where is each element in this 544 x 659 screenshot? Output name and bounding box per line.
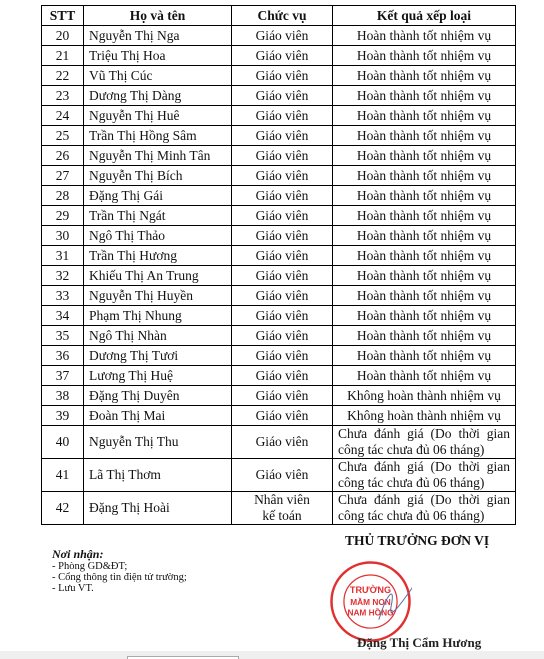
- cell-stt: 21: [42, 46, 84, 66]
- cell-stt: 22: [42, 66, 84, 86]
- cell-stt: 32: [42, 266, 84, 286]
- recipient-item: - Phòng GD&ĐT;: [52, 561, 187, 572]
- cell-result: Hoàn thành tốt nhiệm vụ: [333, 186, 516, 206]
- table-row: 27Nguyễn Thị BíchGiáo viênHoàn thành tốt…: [42, 166, 516, 186]
- cell-result: Hoàn thành tốt nhiệm vụ: [333, 46, 516, 66]
- cell-name: Trần Thị Ngát: [84, 206, 232, 226]
- cell-result: Hoàn thành tốt nhiệm vụ: [333, 26, 516, 46]
- cell-result: Hoàn thành tốt nhiệm vụ: [333, 326, 516, 346]
- cell-role: Giáo viên: [232, 86, 333, 106]
- cell-stt: 37: [42, 366, 84, 386]
- signer-name: Đặng Thị Cẩm Hương: [357, 635, 481, 651]
- table-row: 26Nguyễn Thị Minh TânGiáo viênHoàn thành…: [42, 146, 516, 166]
- svg-text:MẦM NON: MẦM NON: [350, 597, 391, 607]
- table-row: 28Đặng Thị GáiGiáo viênHoàn thành tốt nh…: [42, 186, 516, 206]
- cell-role: Giáo viên: [232, 26, 333, 46]
- cell-role: Giáo viên: [232, 126, 333, 146]
- cell-result: Hoàn thành tốt nhiệm vụ: [333, 86, 516, 106]
- cell-stt: 30: [42, 226, 84, 246]
- cell-result: Hoàn thành tốt nhiệm vụ: [333, 106, 516, 126]
- table-row: 25Trần Thị Hồng SâmGiáo viênHoàn thành t…: [42, 126, 516, 146]
- bottom-toolbar: [0, 651, 544, 659]
- table-row: 33Nguyễn Thị HuyềnGiáo viênHoàn thành tố…: [42, 286, 516, 306]
- cell-stt: 38: [42, 386, 84, 406]
- cell-name: Nguyễn Thị Nga: [84, 26, 232, 46]
- table-row: 37Lương Thị HuệGiáo viênHoàn thành tốt n…: [42, 366, 516, 386]
- cell-name: Đặng Thị Hoài: [84, 492, 232, 525]
- cell-role: Giáo viên: [232, 426, 333, 459]
- cell-stt: 35: [42, 326, 84, 346]
- cell-name: Lương Thị Huệ: [84, 366, 232, 386]
- cell-role: Giáo viên: [232, 46, 333, 66]
- cell-name: Trần Thị Hồng Sâm: [84, 126, 232, 146]
- recipients-block: Nơi nhận: - Phòng GD&ĐT; - Cổng thông ti…: [52, 548, 187, 594]
- staff-rating-table: STT Họ và tên Chức vụ Kết quả xếp loại 2…: [41, 5, 516, 525]
- cell-role: Giáo viên: [232, 286, 333, 306]
- cell-role: Giáo viên: [232, 346, 333, 366]
- cell-role: Giáo viên: [232, 366, 333, 386]
- cell-role: Giáo viên: [232, 106, 333, 126]
- cell-result: Chưa đánh giá (Do thời giancông tác chưa…: [333, 426, 516, 459]
- cell-result: Hoàn thành tốt nhiệm vụ: [333, 266, 516, 286]
- header-result: Kết quả xếp loại: [333, 6, 516, 26]
- header-stt: STT: [42, 6, 84, 26]
- cell-role: Giáo viên: [232, 166, 333, 186]
- cell-name: Phạm Thị Nhung: [84, 306, 232, 326]
- cell-stt: 25: [42, 126, 84, 146]
- table-row: 35Ngô Thị NhànGiáo viênHoàn thành tốt nh…: [42, 326, 516, 346]
- cell-name: Vũ Thị Cúc: [84, 66, 232, 86]
- cell-role: Giáo viên: [232, 386, 333, 406]
- cell-result: Hoàn thành tốt nhiệm vụ: [333, 306, 516, 326]
- table-row: 22Vũ Thị CúcGiáo viênHoàn thành tốt nhiệ…: [42, 66, 516, 86]
- cell-stt: 40: [42, 426, 84, 459]
- cell-result: Hoàn thành tốt nhiệm vụ: [333, 126, 516, 146]
- cell-role: Giáo viên: [232, 226, 333, 246]
- header-role: Chức vụ: [232, 6, 333, 26]
- cell-result: Hoàn thành tốt nhiệm vụ: [333, 66, 516, 86]
- signer-title: THỦ TRƯỞNG ĐƠN VỊ: [345, 533, 489, 549]
- cell-stt: 31: [42, 246, 84, 266]
- table-row: 40Nguyễn Thị ThuGiáo viênChưa đánh giá (…: [42, 426, 516, 459]
- cell-role: Giáo viên: [232, 186, 333, 206]
- table-row: 41Lã Thị ThơmGiáo viênChưa đánh giá (Do …: [42, 459, 516, 492]
- table-row: 29Trần Thị NgátGiáo viênHoàn thành tốt n…: [42, 206, 516, 226]
- cell-role: Nhân viênkế toán: [232, 492, 333, 525]
- cell-result: Hoàn thành tốt nhiệm vụ: [333, 366, 516, 386]
- table-row: 23Dương Thị DàngGiáo viênHoàn thành tốt …: [42, 86, 516, 106]
- cell-name: Nguyễn Thị Bích: [84, 166, 232, 186]
- recipients-heading: Nơi nhận:: [52, 548, 187, 561]
- table-row: 36Dương Thị TươiGiáo viênHoàn thành tốt …: [42, 346, 516, 366]
- cell-name: Nguyễn Thị Huyền: [84, 286, 232, 306]
- cell-stt: 29: [42, 206, 84, 226]
- cell-stt: 24: [42, 106, 84, 126]
- cell-name: Đặng Thị Duyên: [84, 386, 232, 406]
- cell-result: Chưa đánh giá (Do thời giancông tác chưa…: [333, 459, 516, 492]
- cell-role: Giáo viên: [232, 66, 333, 86]
- table-row: 39Đoàn Thị MaiGiáo viênKhông hoàn thành …: [42, 406, 516, 426]
- cell-role: Giáo viên: [232, 326, 333, 346]
- cell-result: Hoàn thành tốt nhiệm vụ: [333, 226, 516, 246]
- cell-result: Hoàn thành tốt nhiệm vụ: [333, 286, 516, 306]
- cell-name: Nguyễn Thị Minh Tân: [84, 146, 232, 166]
- cell-result: Không hoàn thành nhiệm vụ: [333, 386, 516, 406]
- table-row: 30Ngô Thị ThảoGiáo viênHoàn thành tốt nh…: [42, 226, 516, 246]
- cell-role: Giáo viên: [232, 246, 333, 266]
- table-row: 34Phạm Thị NhungGiáo viênHoàn thành tốt …: [42, 306, 516, 326]
- cell-name: Lã Thị Thơm: [84, 459, 232, 492]
- table-row: 32Khiếu Thị An TrungGiáo viênHoàn thành …: [42, 266, 516, 286]
- cell-stt: 23: [42, 86, 84, 106]
- cell-name: Khiếu Thị An Trung: [84, 266, 232, 286]
- table-row: 21Triệu Thị HoaGiáo viênHoàn thành tốt n…: [42, 46, 516, 66]
- cell-stt: 28: [42, 186, 84, 206]
- cell-stt: 42: [42, 492, 84, 525]
- cell-role: Giáo viên: [232, 459, 333, 492]
- cell-stt: 39: [42, 406, 84, 426]
- table-row: 20Nguyễn Thị NgaGiáo viênHoàn thành tốt …: [42, 26, 516, 46]
- cell-result: Hoàn thành tốt nhiệm vụ: [333, 166, 516, 186]
- cell-result: Chưa đánh giá (Do thời giancông tác chưa…: [333, 492, 516, 525]
- cell-result: Hoàn thành tốt nhiệm vụ: [333, 206, 516, 226]
- cell-result: Hoàn thành tốt nhiệm vụ: [333, 346, 516, 366]
- cell-name: Nguyễn Thị Huê: [84, 106, 232, 126]
- recipient-item: - Lưu VT.: [52, 583, 187, 594]
- cell-stt: 33: [42, 286, 84, 306]
- table-row: 31Trần Thị HươngGiáo viênHoàn thành tốt …: [42, 246, 516, 266]
- cell-name: Triệu Thị Hoa: [84, 46, 232, 66]
- cell-name: Nguyễn Thị Thu: [84, 426, 232, 459]
- table-header-row: STT Họ và tên Chức vụ Kết quả xếp loại: [42, 6, 516, 26]
- cell-stt: 41: [42, 459, 84, 492]
- cell-name: Dương Thị Dàng: [84, 86, 232, 106]
- table-row: 24Nguyễn Thị HuêGiáo viênHoàn thành tốt …: [42, 106, 516, 126]
- recipient-item: - Cổng thông tin điện tử trường;: [52, 572, 187, 583]
- table-row: 38Đặng Thị DuyênGiáo viênKhông hoàn thàn…: [42, 386, 516, 406]
- cell-stt: 27: [42, 166, 84, 186]
- cell-name: Ngô Thị Nhàn: [84, 326, 232, 346]
- cell-role: Giáo viên: [232, 306, 333, 326]
- header-name: Họ và tên: [84, 6, 232, 26]
- cell-role: Giáo viên: [232, 266, 333, 286]
- svg-text:TRƯỜNG: TRƯỜNG: [350, 584, 391, 595]
- cell-name: Dương Thị Tươi: [84, 346, 232, 366]
- table-row: 42Đặng Thị HoàiNhân viênkế toánChưa đánh…: [42, 492, 516, 525]
- cell-result: Hoàn thành tốt nhiệm vụ: [333, 146, 516, 166]
- cell-result: Không hoàn thành nhiệm vụ: [333, 406, 516, 426]
- cell-role: Giáo viên: [232, 406, 333, 426]
- official-stamp-icon: TRƯỜNG MẦM NON NAM HỒNG: [329, 560, 412, 643]
- cell-stt: 20: [42, 26, 84, 46]
- svg-text:NAM HỒNG: NAM HỒNG: [347, 607, 393, 618]
- cell-role: Giáo viên: [232, 206, 333, 226]
- cell-role: Giáo viên: [232, 146, 333, 166]
- cell-stt: 26: [42, 146, 84, 166]
- cell-name: Trần Thị Hương: [84, 246, 232, 266]
- cell-stt: 36: [42, 346, 84, 366]
- cell-name: Ngô Thị Thảo: [84, 226, 232, 246]
- cell-name: Đoàn Thị Mai: [84, 406, 232, 426]
- cell-name: Đặng Thị Gái: [84, 186, 232, 206]
- cell-stt: 34: [42, 306, 84, 326]
- cell-result: Hoàn thành tốt nhiệm vụ: [333, 246, 516, 266]
